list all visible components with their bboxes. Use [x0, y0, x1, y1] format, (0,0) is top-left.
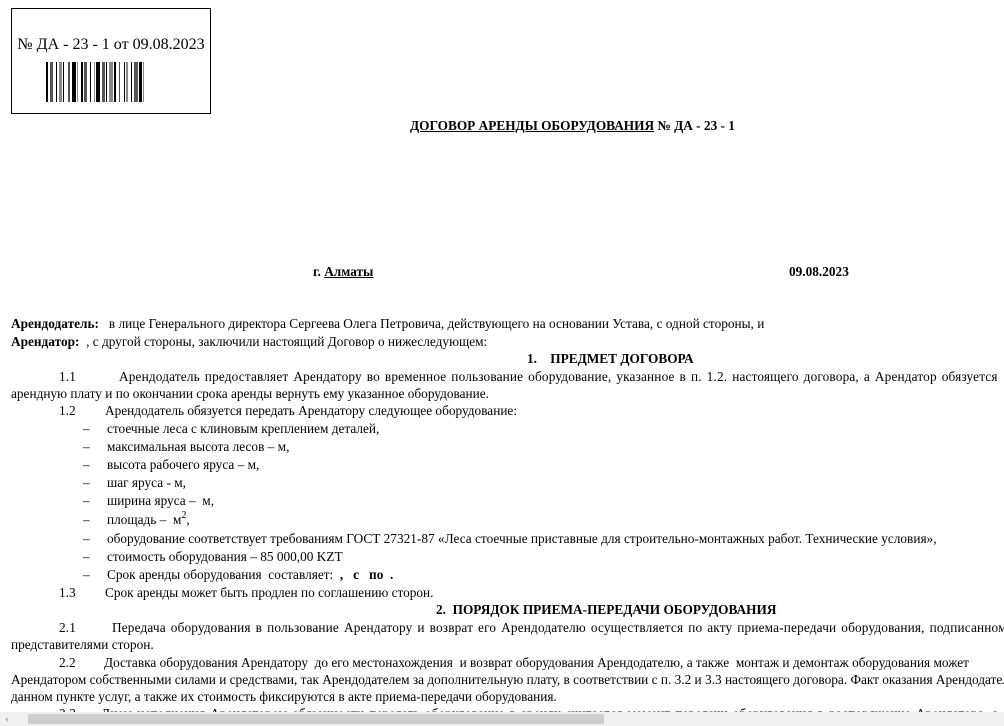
list-item: оборудование соответствует требованиям Г… [107, 530, 937, 548]
clause-text: Доставка оборудования Арендатору до его … [104, 655, 969, 670]
clause-2-2-cont-1: Арендатором собственными силами и средст… [11, 671, 1004, 689]
city-name: Алматы [324, 264, 373, 279]
city-prefix: г. [313, 264, 324, 279]
lessee-label: Арендатор: [11, 334, 79, 349]
list-item-text: максимальная высота лесов – м, [107, 439, 289, 454]
clause-number: 1.1 [59, 368, 119, 386]
list-item-text: ширина яруса – м, [107, 493, 214, 508]
contract-title-number: № ДА - 23 - 1 [654, 118, 735, 133]
list-item: Срок аренды оборудования составляет: , с… [107, 566, 393, 584]
lessee-line: Арендатор: , с другой стороны, заключили… [11, 333, 487, 351]
clause-number: 2.2 [59, 654, 104, 672]
list-item-text: оборудование соответствует требованиям Г… [107, 531, 937, 546]
list-item: шаг яруса - м, [107, 474, 186, 492]
list-item: стоимость оборудования – 85 000,00 KZT [107, 548, 343, 566]
barcode-stamp: № ДА - 23 - 1 от 09.08.2023 [11, 8, 211, 114]
clause-1-3: 1.3Срок аренды может быть продлен по сог… [59, 584, 434, 602]
list-dash-icon: – [83, 566, 90, 584]
clause-number: 2.3 [59, 705, 101, 712]
contract-date: 09.08.2023 [789, 263, 849, 281]
clause-1-2: 1.2Арендодатель обязуется передать Аренд… [59, 402, 517, 420]
clause-1-1: 1.1Арендодатель предоставляет Арендатору… [59, 368, 998, 386]
list-item-suffix: , [186, 512, 189, 527]
list-item-text: Срок аренды оборудования составляет: [107, 567, 337, 582]
clause-2-1-cont: представителями сторон. [11, 636, 154, 654]
list-dash-icon: – [83, 420, 90, 438]
list-item-text: шаг яруса - м, [107, 475, 186, 490]
clause-2-2: 2.2Доставка оборудования Арендатору до е… [59, 654, 969, 672]
list-dash-icon: – [83, 548, 90, 566]
contract-title-main: ДОГОВОР АРЕНДЫ ОБОРУДОВАНИЯ [410, 118, 654, 133]
list-item-text: площадь – м [107, 512, 181, 527]
barcode-icon [46, 62, 186, 102]
clause-1-1-cont: арендную плату и по окончании срока арен… [11, 385, 489, 403]
list-dash-icon: – [83, 456, 90, 474]
list-item: ширина яруса – м, [107, 492, 214, 510]
clause-number: 1.3 [59, 584, 105, 602]
list-item-text: стоимость оборудования – 85 000,00 KZT [107, 549, 343, 564]
lessor-label: Арендодатель: [11, 316, 99, 331]
list-item-text: стоечные леса с клиновым креплением дета… [107, 421, 379, 436]
list-item-text: высота рабочего яруса – м, [107, 457, 259, 472]
contract-title: ДОГОВОР АРЕНДЫ ОБОРУДОВАНИЯ № ДА - 23 - … [410, 117, 735, 135]
list-dash-icon: – [83, 492, 90, 510]
clause-2-3: 2.3Днем исполнения Арендатором обязаннос… [59, 705, 998, 712]
lessor-line: Арендодатель: в лице Генерального директ… [11, 315, 764, 333]
barcode-caption: № ДА - 23 - 1 от 09.08.2023 [12, 35, 210, 55]
list-item: максимальная высота лесов – м, [107, 438, 289, 456]
lessor-text: в лице Генерального директора Сергеева О… [99, 316, 764, 331]
scrollbar-thumb[interactable] [28, 714, 604, 724]
clause-text: Арендодатель обязуется передать Арендато… [105, 403, 517, 418]
clause-text: Срок аренды может быть продлен по соглаш… [105, 585, 434, 600]
contract-city: г. Алматы [313, 263, 373, 281]
clause-number: 2.1 [59, 619, 112, 637]
clause-number: 1.2 [59, 402, 105, 420]
list-dash-icon: – [83, 438, 90, 456]
list-dash-icon: – [83, 474, 90, 492]
list-item: стоечные леса с клиновым креплением дета… [107, 420, 379, 438]
clause-2-1: 2.1Передача оборудования в пользование А… [59, 619, 1004, 637]
horizontal-scrollbar[interactable]: ‹ [0, 712, 1004, 726]
document-page: № ДА - 23 - 1 от 09.08.2023 ДОГОВОР АРЕН… [0, 0, 1004, 712]
list-item: высота рабочего яруса – м, [107, 456, 259, 474]
section-1-heading: 1. ПРЕДМЕТ ДОГОВОРА [527, 350, 694, 368]
section-2-heading: 2. ПОРЯДОК ПРИЕМА-ПЕРЕДАЧИ ОБОРУДОВАНИЯ [436, 601, 776, 619]
list-dash-icon: – [83, 511, 90, 529]
scroll-left-arrow-icon[interactable]: ‹ [0, 712, 14, 726]
list-dash-icon: – [83, 530, 90, 548]
list-item: площадь – м2, [107, 511, 190, 529]
term-values: , с по . [337, 567, 394, 582]
clause-2-2-cont-2: данном пункте услуг, а также их стоимост… [11, 688, 557, 706]
clause-text: Передача оборудования в пользование Арен… [112, 620, 1004, 635]
lessee-text: , с другой стороны, заключили настоящий … [79, 334, 487, 349]
clause-text: Арендодатель предоставляет Арендатору во… [119, 369, 998, 384]
